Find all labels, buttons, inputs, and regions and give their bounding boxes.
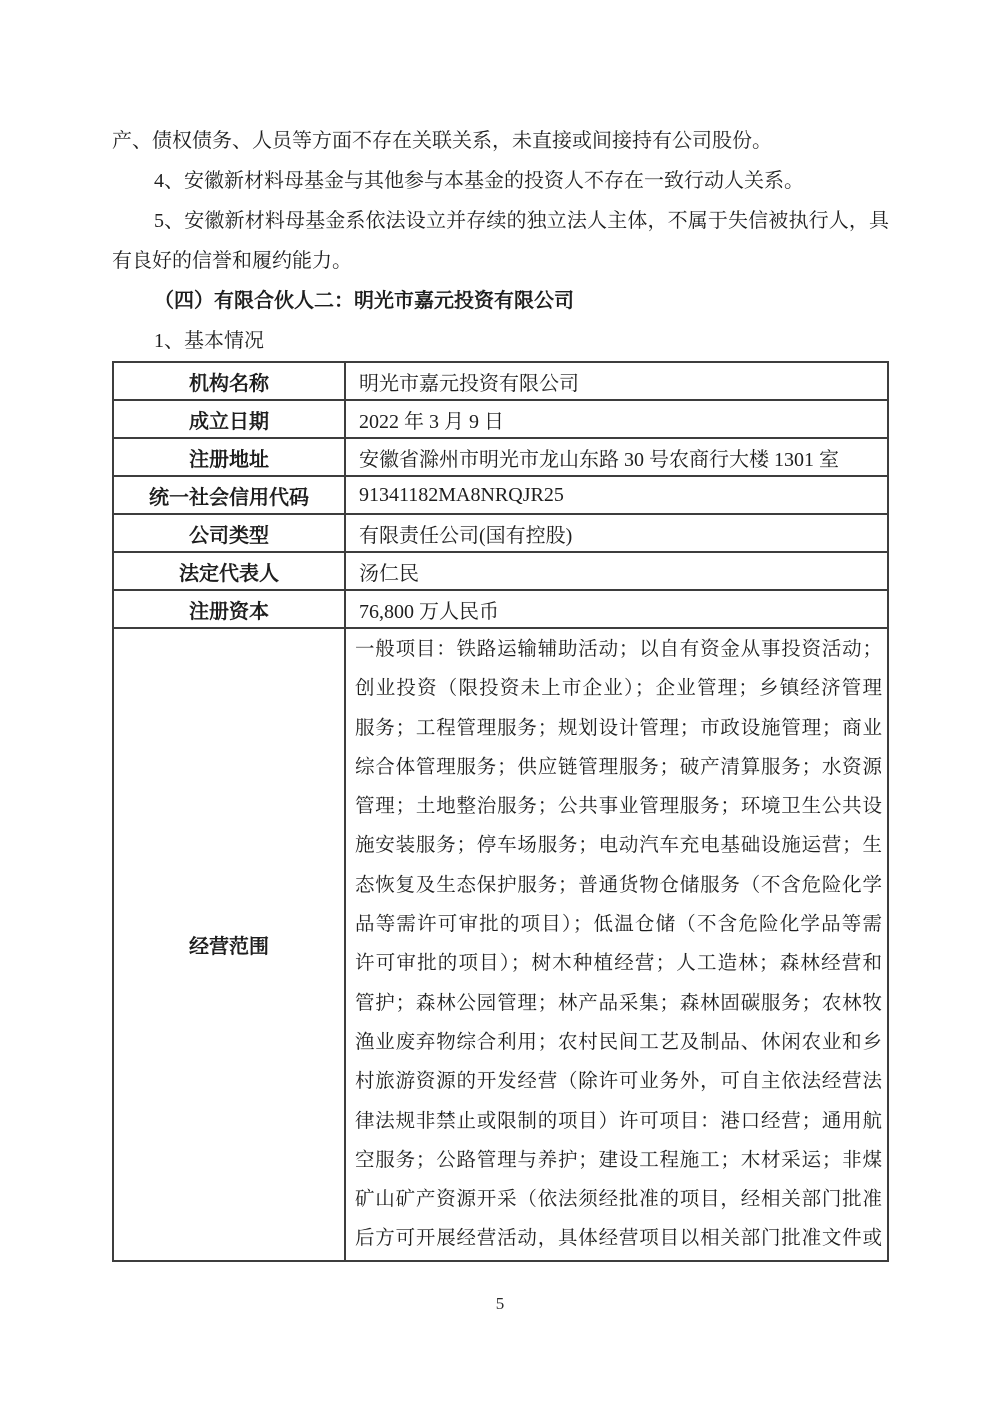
row-label: 法定代表人 [113,552,345,590]
document-content: 产、债权债务、人员等方面不存在关联关系，未直接或间接持有公司股份。 4、安徽新材… [112,121,889,1262]
page-number: 5 [0,1294,1000,1314]
scope-line: 服务；工程管理服务；规划设计管理；市政设施管理；商业 [355,709,882,748]
document-page: 产、债权债务、人员等方面不存在关联关系，未直接或间接持有公司股份。 4、安徽新材… [0,0,1000,1414]
paragraph-item-4: 4、安徽新材料母基金与其他参与本基金的投资人不存在一致行动人关系。 [112,161,889,201]
row-label: 经营范围 [113,628,345,1261]
row-value: 汤仁民 [345,552,888,590]
scope-line: 管理；土地整治服务；公共事业管理服务；环境卫生公共设 [355,787,882,826]
scope-line: 施安装服务；停车场服务；电动汽车充电基础设施运营；生 [355,826,882,865]
subsection-heading: 1、基本情况 [112,321,889,361]
scope-line: 村旅游资源的开发经营（除许可业务外，可自主依法经营法 [355,1062,882,1101]
table-row-credit-code: 统一社会信用代码 91341182MA8NRQJR25 [113,476,888,514]
paragraph-item-5: 5、安徽新材料母基金系依法设立并存续的独立法人主体，不属于失信被执行人，具有良好… [112,201,889,281]
scope-line: 创业投资（限投资未上市企业）；企业管理；乡镇经济管理 [355,669,882,708]
row-label: 注册地址 [113,438,345,476]
row-value: 明光市嘉元投资有限公司 [345,362,888,400]
row-label: 成立日期 [113,400,345,438]
row-label: 机构名称 [113,362,345,400]
scope-line: 矿山矿产资源开采（依法须经批准的项目，经相关部门批准 [355,1180,882,1219]
business-scope-cell: 一般项目：铁路运输辅助活动；以自有资金从事投资活动； 创业投资（限投资未上市企业… [345,628,888,1261]
scope-line: 律法规非禁止或限制的项目）许可项目：港口经营；通用航 [355,1102,882,1141]
scope-line: 态恢复及生态保护服务；普通货物仓储服务（不含危险化学 [355,866,882,905]
table-row-registered-capital: 注册资本 76,800 万人民币 [113,590,888,628]
scope-line: 综合体管理服务；供应链管理服务；破产清算服务；水资源 [355,748,882,787]
row-value: 76,800 万人民币 [345,590,888,628]
table-row-company-type: 公司类型 有限责任公司(国有控股) [113,514,888,552]
section-heading: （四）有限合伙人二：明光市嘉元投资有限公司 [112,281,889,321]
scope-line: 后方可开展经营活动，具体经营项目以相关部门批准文件或 [355,1219,882,1258]
scope-line: 许可审批的项目）；树木种植经营；人工造林；森林经营和 [355,944,882,983]
table-row-business-scope: 经营范围 一般项目：铁路运输辅助活动；以自有资金从事投资活动； 创业投资（限投资… [113,628,888,1261]
table-row-legal-representative: 法定代表人 汤仁民 [113,552,888,590]
table-row-registered-address: 注册地址 安徽省滁州市明光市龙山东路 30 号农商行大楼 1301 室 [113,438,888,476]
scope-line: 空服务；公路管理与养护；建设工程施工；木材采运；非煤 [355,1141,882,1180]
scope-line: 品等需许可审批的项目）；低温仓储（不含危险化学品等需 [355,905,882,944]
row-value: 安徽省滁州市明光市龙山东路 30 号农商行大楼 1301 室 [345,438,888,476]
scope-line: 渔业废弃物综合利用；农村民间工艺及制品、休闲农业和乡 [355,1023,882,1062]
row-value: 有限责任公司(国有控股) [345,514,888,552]
table-row-org-name: 机构名称 明光市嘉元投资有限公司 [113,362,888,400]
row-value: 2022 年 3 月 9 日 [345,400,888,438]
scope-line: 一般项目：铁路运输辅助活动；以自有资金从事投资活动； [355,630,882,669]
row-label: 公司类型 [113,514,345,552]
row-label: 注册资本 [113,590,345,628]
row-label: 统一社会信用代码 [113,476,345,514]
company-info-table: 机构名称 明光市嘉元投资有限公司 成立日期 2022 年 3 月 9 日 注册地… [112,361,889,1262]
row-value: 91341182MA8NRQJR25 [345,476,888,514]
scope-line: 管护；森林公园管理；林产品采集；森林固碳服务；农林牧 [355,984,882,1023]
table-row-founded-date: 成立日期 2022 年 3 月 9 日 [113,400,888,438]
paragraph-continuation: 产、债权债务、人员等方面不存在关联关系，未直接或间接持有公司股份。 [112,121,889,161]
